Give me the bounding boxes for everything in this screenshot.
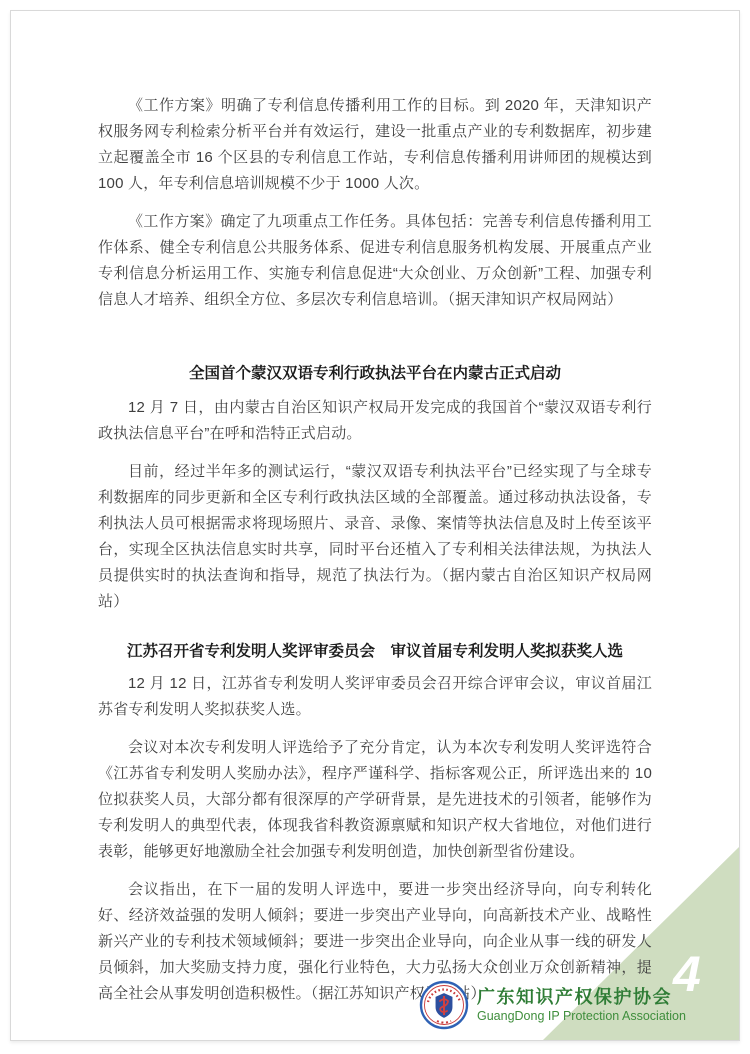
organization-name-en: GuangDong IP Protection Association	[477, 1008, 686, 1024]
article-paragraph: 会议对本次专利发明人评选给予了充分肯定，认为本次专利发明人奖评选符合《江苏省专利…	[98, 735, 652, 865]
screenshot-canvas: 《工作方案》明确了专利信息传播利用工作的目标。到 2020 年，天津知识产权服务…	[0, 0, 750, 1054]
article-paragraph: 12 月 7 日，由内蒙古自治区知识产权局开发完成的我国首个“蒙汉双语专利行政执…	[98, 395, 652, 447]
article-title: 江苏召开省专利发明人奖评审委员会 审议首届专利发明人奖拟获奖人选	[98, 641, 652, 663]
article-jiangsu-inventor-award: 江苏召开省专利发明人奖评审委员会 审议首届专利发明人奖拟获奖人选 12 月 12…	[98, 641, 652, 1007]
footer-brand: 广东知识产权保护协会 GuangDong IP Protection Assoc…	[419, 980, 686, 1030]
footer-organization: 广东知识产权保护协会 GuangDong IP Protection Assoc…	[477, 986, 686, 1024]
organization-name-cn: 广东知识产权保护协会	[477, 986, 686, 1008]
article-paragraph: 12 月 12 日，江苏省专利发明人奖评审委员会召开综合评审会议，审议首届江苏省…	[98, 671, 652, 723]
article-paragraph: 《工作方案》明确了专利信息传播利用工作的目标。到 2020 年，天津知识产权服务…	[98, 93, 652, 197]
article-inner-mongolia-platform: 全国首个蒙汉双语专利行政执法平台在内蒙古正式启动 12 月 7 日，由内蒙古自治…	[98, 363, 652, 615]
article-paragraph: 《工作方案》确定了九项重点工作任务。具体包括：完善专利信息传播利用工作体系、健全…	[98, 209, 652, 313]
article-tianjin-work-plan: 《工作方案》明确了专利信息传播利用工作的目标。到 2020 年，天津知识产权服务…	[98, 93, 652, 313]
association-logo-icon	[419, 980, 469, 1030]
article-title: 全国首个蒙汉双语专利行政执法平台在内蒙古正式启动	[98, 363, 652, 385]
article-paragraph: 目前，经过半年多的测试运行，“蒙汉双语专利执法平台”已经实现了与全球专利数据库的…	[98, 459, 652, 615]
document-page: 《工作方案》明确了专利信息传播利用工作的目标。到 2020 年，天津知识产权服务…	[10, 10, 740, 1041]
page-content: 《工作方案》明确了专利信息传播利用工作的目标。到 2020 年，天津知识产权服务…	[11, 11, 739, 1007]
